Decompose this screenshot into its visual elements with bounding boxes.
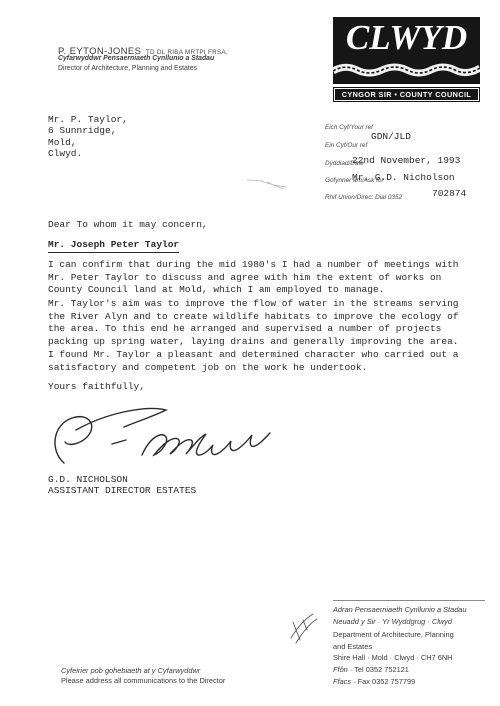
footer-rule (333, 600, 485, 601)
county-council-banner: CYNGOR SIR • COUNTY COUNCIL (333, 87, 480, 102)
paragraph-1: I can confirm that during the mid 1980's… (48, 259, 478, 297)
footer-notice-english: Please address all communications to the… (61, 676, 225, 686)
closing: Yours faithfully, (48, 381, 145, 394)
letterhead-title-english: Director of Architecture, Planning and E… (58, 65, 197, 72)
paragraph-3: I found Mr. Taylor a pleasant and determ… (48, 349, 478, 374)
date-value: 22nd November, 1993 (352, 155, 460, 168)
reference-block: Eich Cyf/Your ref GDN/JLD Ein Cyf/Our re… (325, 124, 495, 204)
signatory-block: G.D. NICHOLSON ASSISTANT DIRECTOR ESTATE… (48, 474, 196, 496)
paragraph-2: Mr. Taylor's aim was to improve the flow… (48, 298, 478, 348)
our-ref-value: GDN/JLD (371, 131, 411, 144)
letterhead-title-welsh: Cyfarwyddwr Pensaerniaeth Cynllunio a St… (58, 55, 214, 62)
recipient-line: 6 Sunnridge, (48, 125, 128, 136)
ask-for-value: Mr. G.D. Nicholson (352, 172, 455, 185)
phone-label-welsh: Ffôn (333, 665, 348, 674)
signatory-name: G.D. NICHOLSON (48, 474, 196, 485)
your-ref-label: Eich Cyf/Your ref (325, 124, 373, 131)
scanned-letter-page: P. EYTON-JONES TD DL RIBA MRTPI FRSA, Cy… (0, 0, 500, 706)
dept-english-line1: Department of Architecture, Planning (333, 629, 467, 641)
phone-number: · Tel 0352 752121 (350, 665, 409, 674)
dept-welsh-line1: Adran Pensaerniaeth Cynllunio a Stadau (333, 604, 467, 616)
direct-dial-label: Rhif Union/Direc: Dial 0352 (325, 194, 402, 201)
footer-scribble (283, 610, 321, 655)
recipient-line: Clwyd. (48, 148, 128, 159)
recipient-line: Mold, (48, 137, 128, 148)
salutation: Dear To whom it may concern, (48, 219, 208, 232)
clwyd-logo-word: CLWYD (333, 18, 480, 58)
fax-number: · Fax 0352 757799 (353, 677, 415, 686)
clwyd-logo: CLWYD (333, 17, 480, 84)
dept-phone: Ffôn · Tel 0352 752121 (333, 664, 467, 676)
department-address-block: Adran Pensaerniaeth Cynllunio a Stadau N… (333, 604, 467, 687)
dept-fax: Ffacs · Fax 0352 757799 (333, 676, 467, 688)
direct-dial-value: 702874 (432, 188, 466, 201)
dept-english-line2: and Estates (333, 641, 467, 653)
logo-wave-ribbon (333, 60, 480, 82)
our-ref-label: Ein Cyf/Our ref (325, 142, 367, 149)
handwritten-signature (42, 403, 277, 478)
county-council-banner-label: CYNGOR SIR • COUNTY COUNCIL (342, 90, 472, 99)
recipient-address: Mr. P. Taylor, 6 Sunnridge, Mold, Clwyd. (48, 114, 128, 160)
dept-welsh-line2: Neuadd y Sir · Yr Wyddgrug · Clwyd (333, 616, 467, 628)
subject-line: Mr. Joseph Peter Taylor (48, 239, 179, 253)
footer-notice: Cyfeirier pob gohebiaeth at y Cyfarwyddw… (61, 666, 225, 685)
signatory-title: ASSISTANT DIRECTOR ESTATES (48, 485, 196, 496)
footer-notice-welsh: Cyfeirier pob gohebiaeth at y Cyfarwyddw… (61, 666, 225, 676)
dept-postal-address: Shire Hall · Mold · Clwyd · CH7 6NH (333, 652, 467, 664)
recipient-line: Mr. P. Taylor, (48, 114, 128, 125)
fax-label-welsh: Ffacs (333, 677, 351, 686)
pencil-mark (243, 172, 293, 192)
